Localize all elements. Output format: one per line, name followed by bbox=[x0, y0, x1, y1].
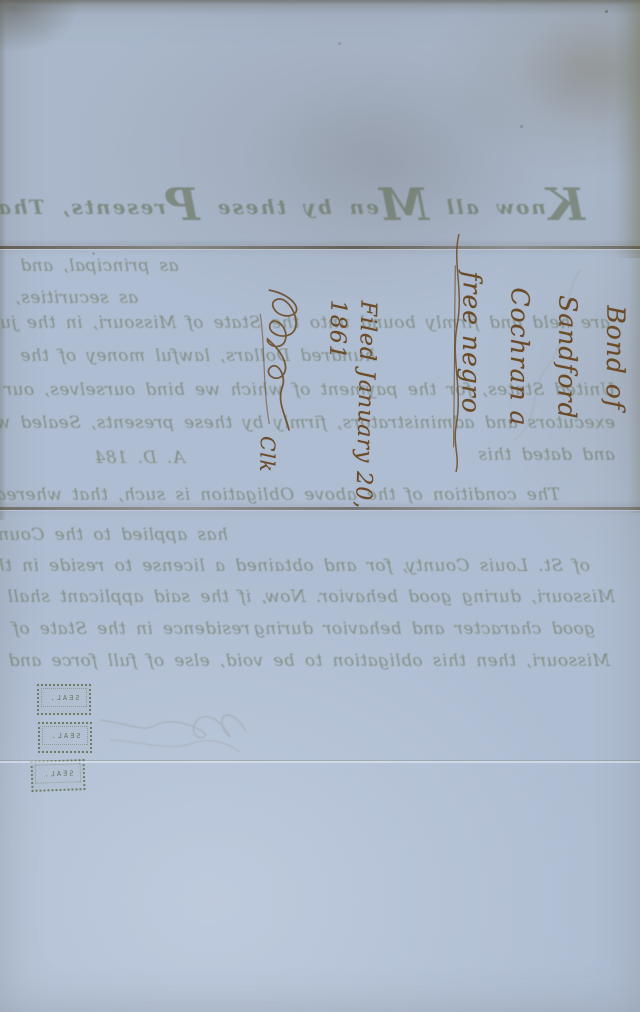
header-word-that-we: That We. bbox=[0, 195, 45, 219]
form-line-securities: as securities, bbox=[15, 288, 185, 308]
endorsement-block: Bond of Sandford Cochran a free negro bbox=[488, 237, 640, 478]
dust-speck bbox=[605, 10, 608, 13]
stain-top-panel-tint bbox=[0, 0, 640, 246]
form-line-principal: as principal, and bbox=[20, 256, 200, 276]
edge-shading-right bbox=[614, 0, 640, 258]
header-initial-m: M bbox=[379, 178, 429, 231]
seal-stamp-3: SEAL. bbox=[30, 759, 85, 792]
clerk-signature bbox=[253, 284, 313, 435]
form-line-license: of St. Louis County, for and obtained a … bbox=[22, 556, 590, 576]
form-line-applied: has applied to the County Court bbox=[38, 525, 228, 545]
clerk-signature-row: Clk bbox=[251, 284, 313, 516]
form-line-ad-184: A. D. 184 bbox=[105, 448, 185, 468]
fold-crease-bottom bbox=[0, 761, 640, 763]
header-initial-p: P bbox=[166, 178, 200, 231]
form-line-behavior: Missouri, during good behavior. Now, if … bbox=[19, 587, 615, 607]
header-word-resents: resents, bbox=[45, 195, 166, 219]
endorsement-line-3-text: free negro bbox=[453, 265, 487, 448]
form-line-character: good character and behavior during bbox=[335, 619, 595, 639]
dust-speck bbox=[520, 125, 523, 128]
stain-foxing-top-right bbox=[520, 10, 640, 130]
header-word-now-all: now all bbox=[429, 195, 546, 219]
document-page: Know all Men by these Presents, That We.… bbox=[0, 0, 640, 1012]
clerk-abbrev: Clk bbox=[252, 436, 283, 474]
header-word-en-by-these: en by these bbox=[200, 195, 379, 219]
endorsement-line-2: Sandford Cochran a bbox=[494, 237, 592, 478]
form-line-void: Missouri, then this obligation to be voi… bbox=[25, 651, 610, 671]
seal-label: SEAL. bbox=[41, 688, 87, 707]
dust-speck bbox=[338, 42, 341, 45]
filed-block: Filed January 20, 1861 Clk bbox=[227, 279, 383, 518]
dust-speck bbox=[92, 252, 95, 255]
printed-header: Know all Men by these Presents, That We. bbox=[13, 176, 585, 238]
bleed-signature-squiggle bbox=[90, 702, 250, 758]
header-initial-k: K bbox=[546, 178, 585, 231]
endorsement-line-3: free negro bbox=[446, 236, 496, 476]
seal-label: SEAL. bbox=[35, 763, 82, 784]
filed-date: Filed January 20, 1861 bbox=[317, 299, 383, 517]
seal-label: SEAL. bbox=[42, 726, 88, 745]
seal-stamp-2: SEAL. bbox=[38, 722, 92, 753]
edge-shading-left bbox=[0, 0, 6, 520]
endorsement-line-1: Bond of bbox=[590, 238, 640, 478]
form-line-residence: residence in the State of bbox=[70, 619, 250, 639]
seal-stamp-1: SEAL. bbox=[37, 684, 91, 715]
